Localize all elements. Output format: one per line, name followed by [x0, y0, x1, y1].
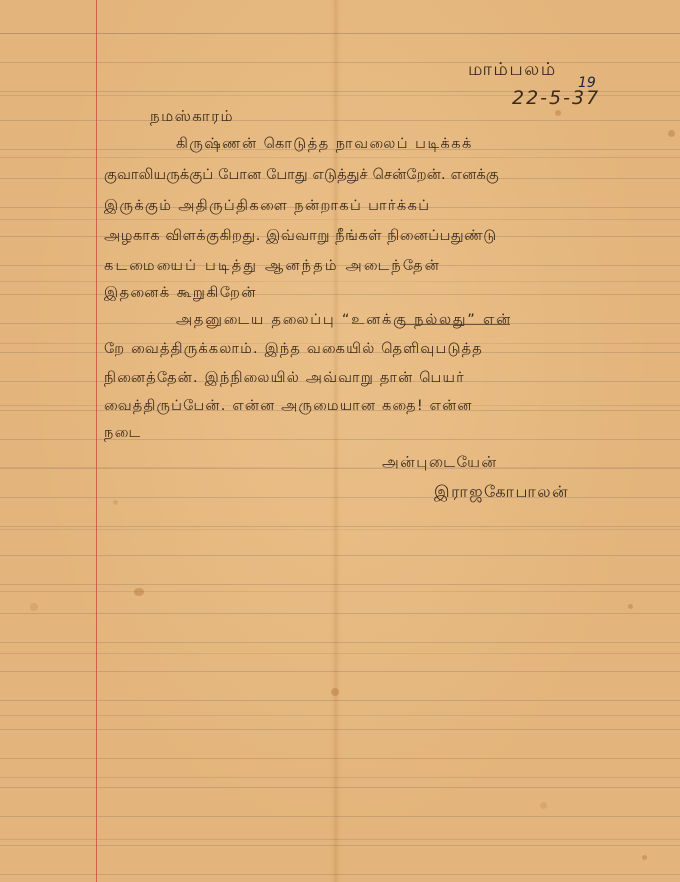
- margin-line: [96, 0, 97, 882]
- body-line: குவாலியருக்குப் போன போது எடுத்துச் சென்ற…: [104, 165, 499, 185]
- body-line: அழகாக விளக்குகிறது. இவ்வாறு நீங்கள் நினை…: [104, 226, 497, 246]
- signature: இராஜகோபாலன்: [434, 482, 569, 502]
- body-line: இருக்கும் அதிருப்திகளை நன்றாகப் பார்க்கப…: [104, 196, 430, 216]
- foxing-spot: [331, 688, 339, 696]
- body-line: வைத்திருப்பேன். என்ன அருமையான கதை! என்ன: [104, 396, 473, 416]
- letter-page: மாம்பலம் 22-5-37 19 நமஸ்காரம் கிருஷ்ணன் …: [0, 0, 680, 882]
- body-line: அதனுடைய தலைப்பு “உனக்கு நல்லது” என்: [176, 310, 512, 330]
- body-line: நடை: [104, 423, 142, 443]
- strikethrough-stroke: [400, 324, 510, 325]
- foxing-spot: [540, 802, 547, 809]
- foxing-spot: [30, 603, 38, 611]
- foxing-spot: [134, 588, 144, 596]
- body-line: கிருஷ்ணன் கொடுத்த நாவலைப் படிக்கக்: [176, 134, 473, 154]
- body-line: நினைத்தேன். இந்நிலையில் அவ்வாறு தான் பெய…: [104, 368, 465, 388]
- body-line: றே வைத்திருக்கலாம். இந்த வகையில் தெளிவுப…: [104, 339, 483, 359]
- salutation: நமஸ்காரம்: [150, 106, 234, 126]
- foxing-spot: [113, 500, 118, 505]
- foxing-spot: [642, 855, 647, 860]
- letter-place: மாம்பலம்: [468, 60, 557, 80]
- foxing-spot: [628, 604, 633, 609]
- paper-fold: [333, 0, 339, 882]
- closing: அன்புடையேன்: [382, 452, 498, 472]
- body-line: இதனைக் கூறுகிறேன்: [104, 283, 257, 303]
- body-line: கடமையைப் படித்து ஆனந்தம் அடைந்தேன்: [104, 256, 441, 276]
- foxing-spot: [555, 110, 561, 116]
- ruled-lines: [0, 0, 680, 882]
- foxing-spot: [668, 130, 675, 137]
- letter-date: 22-5-37: [512, 88, 600, 108]
- date-insertion: 19: [578, 75, 596, 91]
